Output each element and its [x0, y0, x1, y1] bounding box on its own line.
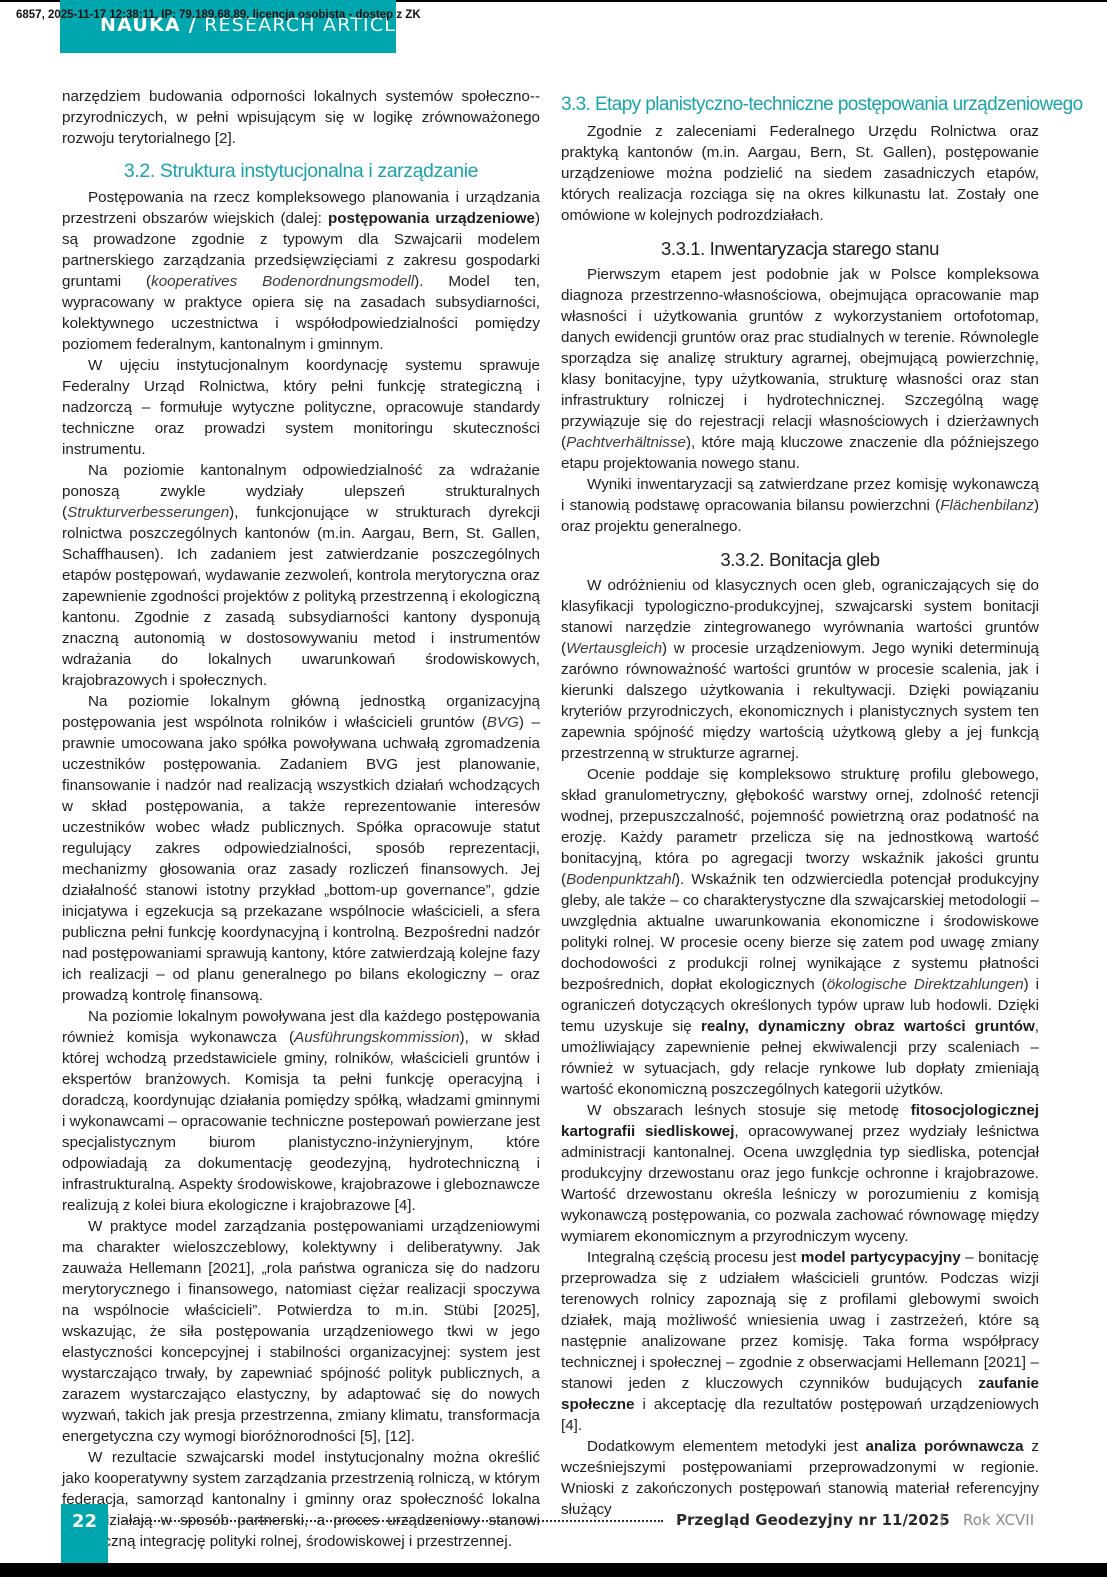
paragraph: W rezultacie szwajcarski model instytucj…: [62, 1447, 540, 1552]
paragraph: W obszarach leśnych stosuje się metodę f…: [561, 1100, 1039, 1247]
footer-dotted-leader: [123, 1520, 663, 1522]
journal-volume: Rok XCVII: [963, 1511, 1034, 1529]
bottom-border: [0, 1563, 1107, 1577]
paragraph: Na poziomie kantonalnym odpowiedzialność…: [62, 460, 540, 691]
paragraph: W praktyce model zarządzania postępowani…: [62, 1216, 540, 1447]
paragraph: Wyniki inwentaryzacji są zatwierdzane pr…: [561, 474, 1039, 537]
page-number: 22: [61, 1511, 108, 1532]
paragraph: W ujęciu instytucjonalnym koordynację sy…: [62, 355, 540, 460]
right-column: 3.3. Etapy planistyczno-techniczne postę…: [561, 92, 1039, 1520]
journal-title: Przegląd Geodezyjny nr 11/2025: [676, 1511, 950, 1529]
paragraph: Dodatkowym elementem metodyki jest anali…: [561, 1436, 1039, 1520]
paragraph: Ocenie poddaje się kompleksowo strukturę…: [561, 764, 1039, 1100]
paragraph: Integralną częścią procesu jest model pa…: [561, 1247, 1039, 1436]
footer-separator: |: [940, 1511, 944, 1528]
section-header-band: NAUKA / RESEARCH ARTICLE: [60, 0, 396, 53]
paragraph: Na poziomie lokalnym powoływana jest dla…: [62, 1006, 540, 1216]
paragraph: Postępowania na rzecz kompleksowego plan…: [62, 187, 540, 355]
license-watermark: 6857, 2025-11-17 12:38:11, IP: 79.189.68…: [16, 9, 421, 21]
heading-3-3-2: 3.3.2. Bonitacja gleb: [561, 547, 1039, 572]
paragraph: Na poziomie lokalnym główną jednostką or…: [62, 691, 540, 1006]
left-column: narzędziem budowania odporności lokalnyc…: [62, 86, 540, 1552]
paragraph: W odróżnieniu od klasycznych ocen gleb, …: [561, 575, 1039, 764]
paragraph: Zgodnie z zaleceniami Federalnego Urzędu…: [561, 121, 1039, 226]
page-number-badge: 22: [61, 1504, 108, 1563]
heading-3-3: 3.3. Etapy planistyczno-techniczne postę…: [561, 92, 1039, 118]
paragraph: Pierwszym etapem jest podobnie jak w Pol…: [561, 264, 1039, 474]
heading-3-3-1: 3.3.1. Inwentaryzacja starego stanu: [561, 236, 1039, 261]
intro-paragraph: narzędziem budowania odporności lokalnyc…: [62, 86, 540, 149]
heading-3-2: 3.2. Struktura instytucjonalna i zarządz…: [62, 158, 540, 184]
